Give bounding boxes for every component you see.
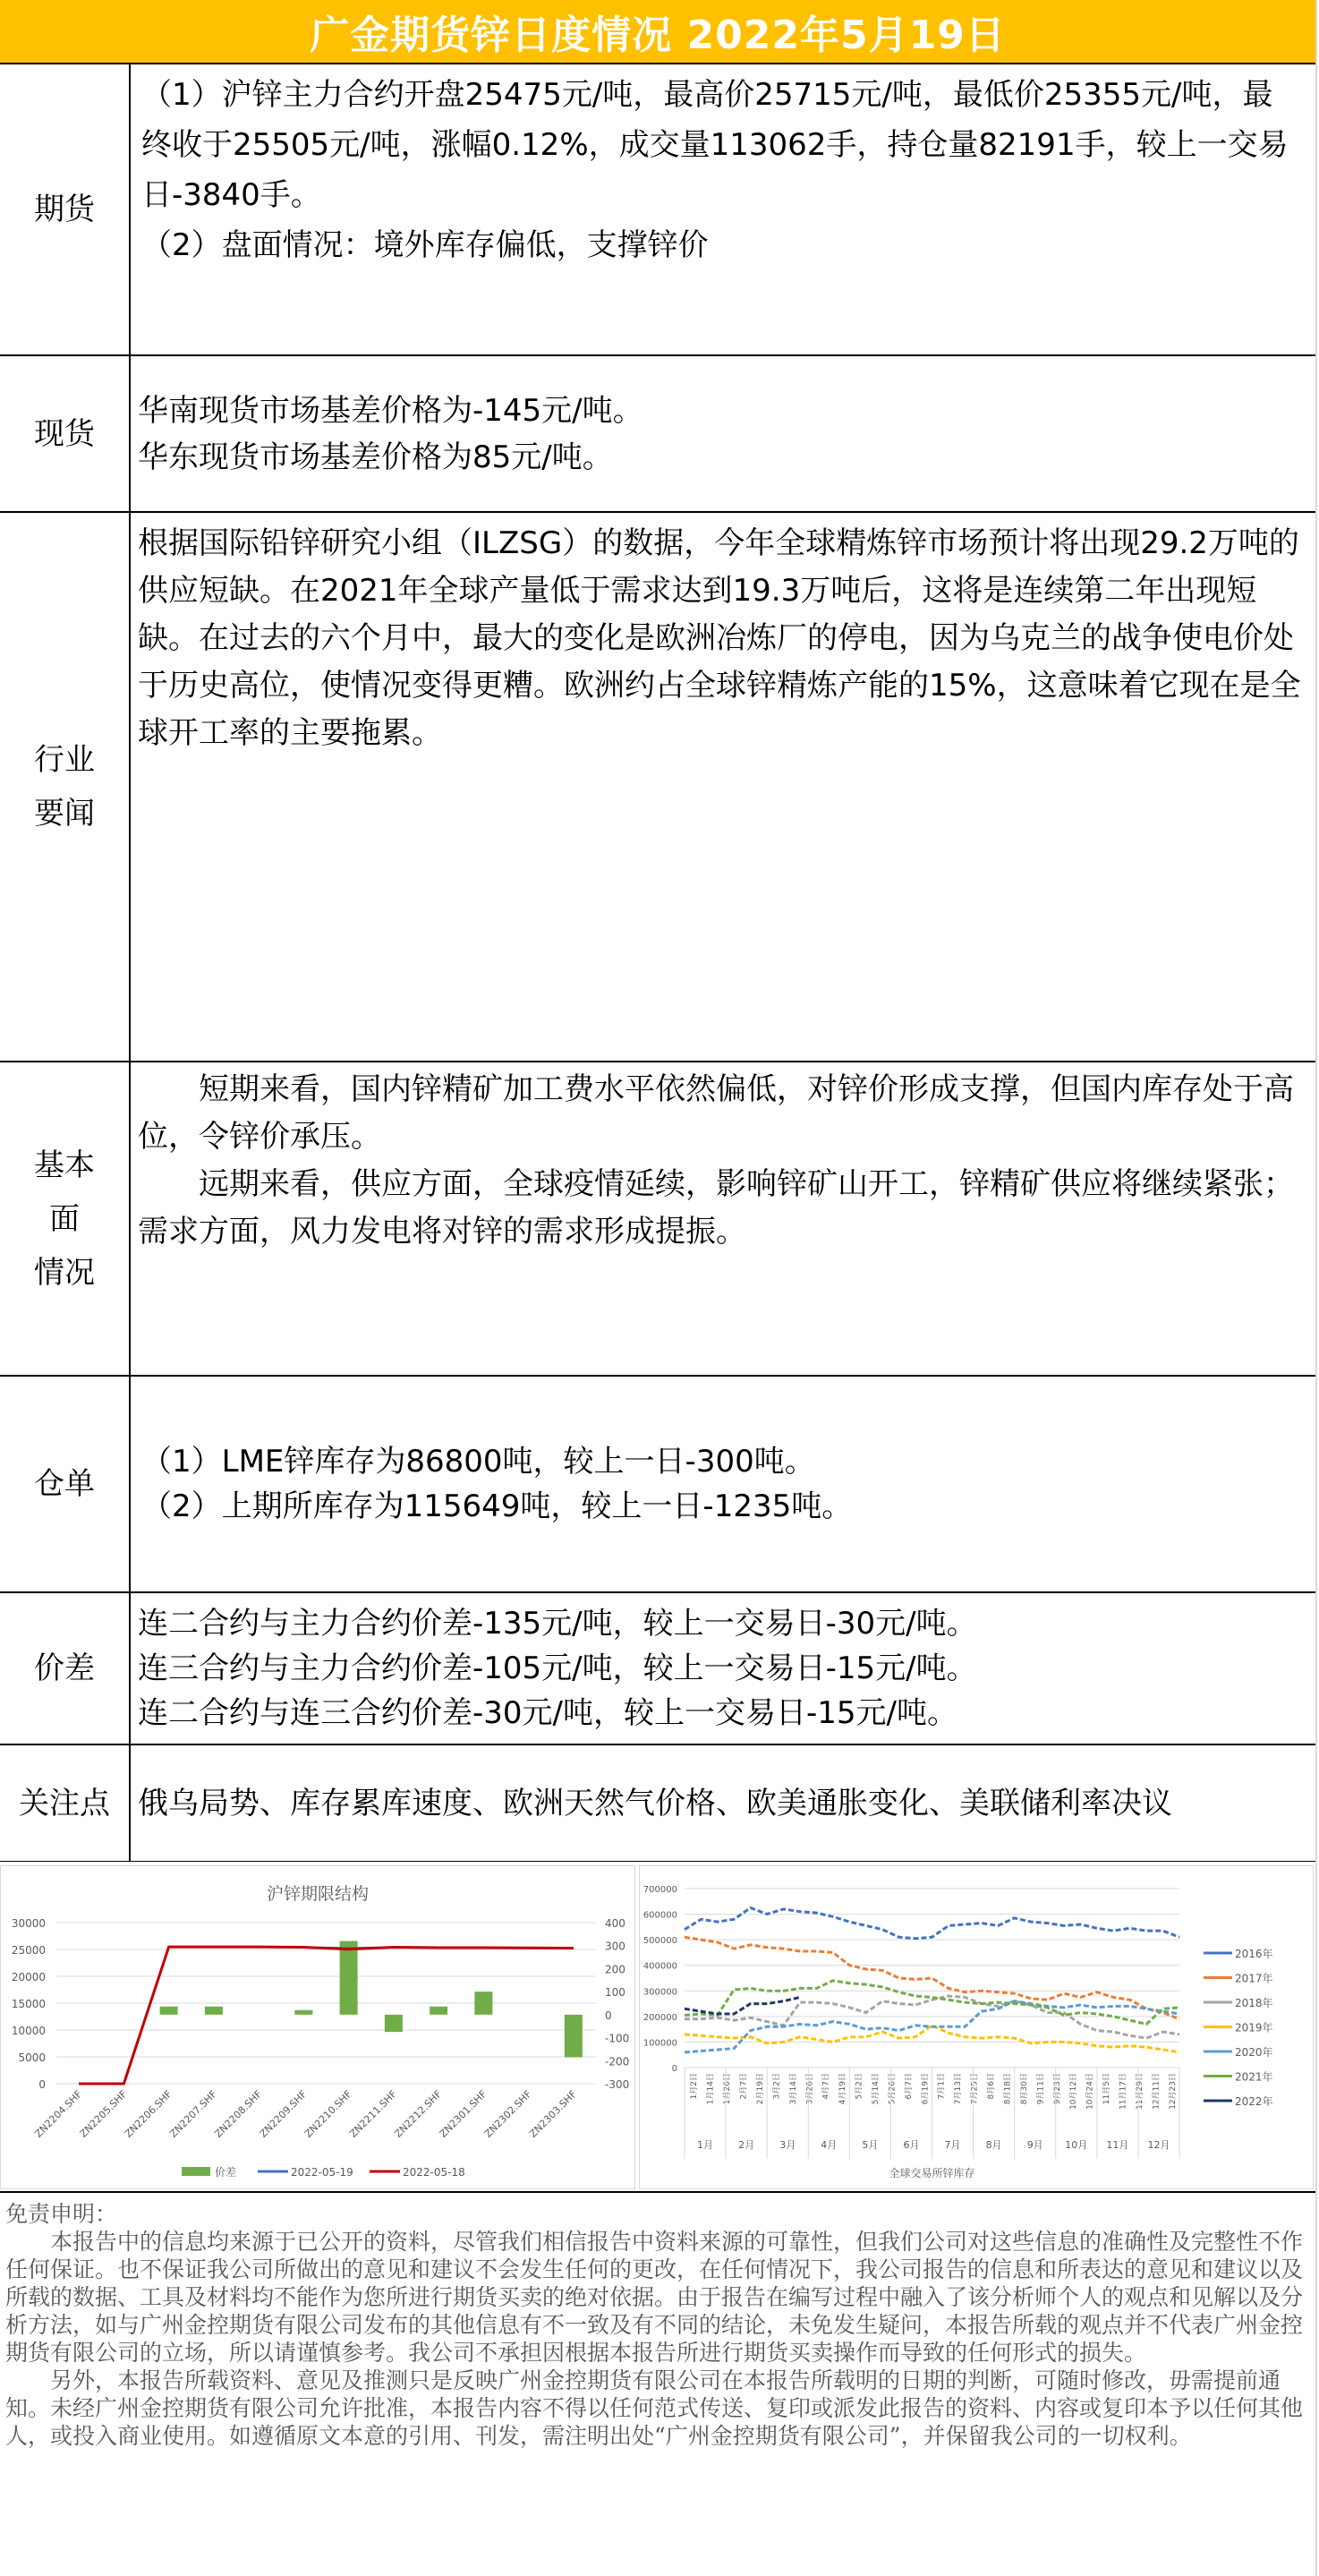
- svg-text:4月7日: 4月7日: [821, 2073, 831, 2099]
- report-page: 广金期货锌日度情况 2022年5月19日 期货 （1）沪锌主力合约开盘25475…: [0, 0, 1317, 2576]
- svg-text:2月19日: 2月19日: [755, 2073, 765, 2104]
- svg-text:30000: 30000: [12, 1917, 46, 1930]
- svg-text:7月25日: 7月25日: [970, 2073, 980, 2104]
- svg-text:25000: 25000: [12, 1944, 46, 1957]
- section-body-spreads: 连二合约与主力合约价差-135元/吨，较上一交易日-30元/吨。 连三合约与主力…: [131, 1593, 1315, 1744]
- svg-text:300: 300: [605, 1941, 625, 1953]
- svg-text:2022-05-19: 2022-05-19: [291, 2166, 353, 2179]
- svg-text:ZN2301.SHF: ZN2301.SHF: [438, 2088, 489, 2140]
- svg-text:11月: 11月: [1106, 2139, 1128, 2151]
- svg-text:2022年: 2022年: [1235, 2094, 1273, 2108]
- svg-text:2020年: 2020年: [1235, 2045, 1273, 2059]
- industry-news-text: 根据国际铅锌研究小组（ILZSG）的数据，今年全球精炼锌市场预计将出现29.2万…: [138, 520, 1301, 757]
- svg-text:2022-05-18: 2022-05-18: [403, 2166, 465, 2179]
- svg-text:价差: 价差: [215, 2165, 236, 2179]
- svg-text:9月23日: 9月23日: [1052, 2073, 1062, 2104]
- svg-text:1月2日: 1月2日: [689, 2073, 699, 2099]
- charts-area: 沪锌期限结构3000025000200001500010000500004003…: [0, 1862, 1315, 2193]
- term-structure-chart-svg: 沪锌期限结构3000025000200001500010000500004003…: [1, 1866, 634, 2188]
- svg-text:ZN2211.SHF: ZN2211.SHF: [347, 2088, 399, 2140]
- svg-text:-300: -300: [605, 2078, 629, 2091]
- svg-text:300000: 300000: [643, 1987, 677, 1997]
- svg-text:9月11日: 9月11日: [1035, 2073, 1045, 2104]
- svg-text:ZN2205.SHF: ZN2205.SHF: [78, 2088, 130, 2140]
- global-inventory-chart: 7000006000005000004000003000002000001000…: [639, 1865, 1314, 2189]
- section-label-spot: 现货: [0, 356, 131, 511]
- spread-line-2: 连三合约与主力合约价差-105元/吨，较上一交易日-15元/吨。: [138, 1646, 1301, 1691]
- spot-line-1: 华南现货市场基差价格为-145元/吨。: [138, 388, 1301, 434]
- svg-text:100000: 100000: [643, 2038, 677, 2048]
- svg-text:ZN2208.SHF: ZN2208.SHF: [212, 2088, 264, 2140]
- svg-text:ZN2210.SHF: ZN2210.SHF: [302, 2088, 354, 2140]
- svg-text:2月: 2月: [738, 2139, 754, 2151]
- futures-line-2: （2）盘面情况：境外库存偏低，支撑锌价: [138, 220, 1301, 270]
- futures-line-1: （1）沪锌主力合约开盘25475元/吨，最高价25715元/吨，最低价25355…: [138, 70, 1301, 220]
- svg-text:5月26日: 5月26日: [887, 2073, 897, 2104]
- svg-text:10月12日: 10月12日: [1068, 2073, 1078, 2110]
- section-focus-points: 关注点 俄乌局势、库存累库速度、欧洲天然气价格、欧美通胀变化、美联储利率决议: [0, 1745, 1315, 1863]
- svg-text:400000: 400000: [643, 1962, 677, 1972]
- svg-text:8月18日: 8月18日: [1002, 2073, 1012, 2104]
- svg-text:10月: 10月: [1065, 2139, 1087, 2151]
- svg-text:7月: 7月: [945, 2139, 961, 2151]
- svg-text:2016年: 2016年: [1235, 1947, 1273, 1960]
- svg-text:ZN2212.SHF: ZN2212.SHF: [392, 2088, 444, 2140]
- svg-text:2021年: 2021年: [1235, 2070, 1273, 2084]
- svg-text:200: 200: [605, 1963, 625, 1975]
- svg-text:100: 100: [605, 1986, 625, 1999]
- section-body-futures: （1）沪锌主力合约开盘25475元/吨，最高价25715元/吨，最低价25355…: [131, 64, 1315, 354]
- svg-text:5月14日: 5月14日: [871, 2073, 881, 2104]
- focus-points-text: 俄乌局势、库存累库速度、欧洲天然气价格、欧美通胀变化、美联储利率决议: [138, 1781, 1301, 1826]
- disclaimer-title: 免责申明：: [5, 2200, 1310, 2228]
- disclaimer: 免责申明： 本报告中的信息均来源于已公开的资料，尽管我们相信报告中资料来源的可靠…: [0, 2193, 1315, 2576]
- fundamentals-long-term: 远期来看，供应方面，全球疫情延续，影响锌矿山开工，锌精矿供应将继续紧张；需求方面…: [138, 1161, 1301, 1256]
- svg-text:7月1日: 7月1日: [937, 2073, 947, 2099]
- svg-text:3月14日: 3月14日: [788, 2073, 798, 2104]
- svg-text:500000: 500000: [643, 1936, 677, 1946]
- term-structure-chart: 沪锌期限结构3000025000200001500010000500004003…: [0, 1865, 635, 2189]
- svg-text:6月: 6月: [903, 2139, 919, 2151]
- section-body-spot: 华南现货市场基差价格为-145元/吨。 华东现货市场基差价格为85元/吨。: [131, 356, 1315, 511]
- svg-text:11月29日: 11月29日: [1135, 2073, 1145, 2110]
- chart-xlabel: 全球交易所锌库存: [889, 2166, 974, 2179]
- svg-text:ZN2207.SHF: ZN2207.SHF: [167, 2088, 219, 2140]
- svg-text:12月11日: 12月11日: [1151, 2073, 1161, 2110]
- svg-text:4月19日: 4月19日: [838, 2073, 847, 2104]
- svg-text:1月14日: 1月14日: [706, 2073, 716, 2104]
- chart-title: 沪锌期限结构: [267, 1884, 369, 1904]
- section-fundamentals: 基本 面 情况 短期来看，国内锌精矿加工费水平依然偏低，对锌价形成支撑，但国内库…: [0, 1062, 1315, 1377]
- svg-text:6月7日: 6月7日: [904, 2073, 914, 2099]
- section-body-industry-news: 根据国际铅锌研究小组（ILZSG）的数据，今年全球精炼锌市场预计将出现29.2万…: [131, 513, 1315, 1061]
- spread-line-1: 连二合约与主力合约价差-135元/吨，较上一交易日-30元/吨。: [138, 1601, 1301, 1646]
- fundamentals-short-term: 短期来看，国内锌精矿加工费水平依然偏低，对锌价形成支撑，但国内库存处于高位，令锌…: [138, 1066, 1301, 1161]
- section-body-warehouse-receipts: （1）LME锌库存为86800吨，较上一日-300吨。 （2）上期所库存为115…: [131, 1377, 1315, 1591]
- svg-text:10月24日: 10月24日: [1085, 2073, 1095, 2110]
- svg-text:-200: -200: [605, 2055, 629, 2068]
- svg-text:5月2日: 5月2日: [855, 2073, 864, 2099]
- svg-text:6月19日: 6月19日: [920, 2073, 930, 2104]
- svg-text:ZN2206.SHF: ZN2206.SHF: [123, 2088, 174, 2140]
- section-label-industry-news: 行业 要闻: [0, 513, 131, 1061]
- svg-text:ZN2303.SHF: ZN2303.SHF: [527, 2088, 579, 2140]
- svg-text:2017年: 2017年: [1235, 1972, 1273, 1985]
- svg-text:ZN2209.SHF: ZN2209.SHF: [258, 2088, 310, 2140]
- svg-text:5000: 5000: [18, 2051, 46, 2064]
- svg-text:0: 0: [672, 2064, 677, 2074]
- section-futures: 期货 （1）沪锌主力合约开盘25475元/吨，最高价25715元/吨，最低价25…: [0, 64, 1315, 356]
- svg-text:4月: 4月: [821, 2139, 837, 2151]
- spread-line-3: 连二合约与连三合约价差-30元/吨，较上一交易日-15元/吨。: [138, 1691, 1301, 1736]
- section-industry-news: 行业 要闻 根据国际铅锌研究小组（ILZSG）的数据，今年全球精炼锌市场预计将出…: [0, 513, 1315, 1062]
- section-warehouse-receipts: 仓单 （1）LME锌库存为86800吨，较上一日-300吨。 （2）上期所库存为…: [0, 1377, 1315, 1593]
- svg-text:15000: 15000: [12, 1998, 46, 2010]
- svg-text:11月17日: 11月17日: [1118, 2073, 1128, 2110]
- svg-text:3月2日: 3月2日: [771, 2073, 781, 2099]
- svg-text:400: 400: [605, 1917, 625, 1930]
- svg-text:12月23日: 12月23日: [1168, 2073, 1178, 2110]
- svg-text:0: 0: [605, 2009, 612, 2022]
- section-body-fundamentals: 短期来看，国内锌精矿加工费水平依然偏低，对锌价形成支撑，但国内库存处于高位，令锌…: [131, 1062, 1315, 1375]
- svg-text:2月7日: 2月7日: [739, 2073, 749, 2099]
- svg-text:10000: 10000: [12, 2025, 46, 2037]
- report-title: 广金期货锌日度情况 2022年5月19日: [310, 3, 1006, 60]
- warehouse-lme: （1）LME锌库存为86800吨，较上一日-300吨。: [141, 1439, 1301, 1484]
- svg-text:2019年: 2019年: [1235, 2021, 1273, 2034]
- section-body-focus-points: 俄乌局势、库存累库速度、欧洲天然气价格、欧美通胀变化、美联储利率决议: [131, 1745, 1315, 1861]
- svg-text:3月26日: 3月26日: [804, 2073, 814, 2104]
- section-label-fundamentals: 基本 面 情况: [0, 1062, 131, 1375]
- svg-text:12月: 12月: [1147, 2139, 1170, 2151]
- svg-text:5月: 5月: [862, 2139, 878, 2151]
- disclaimer-paragraph-2: 另外，本报告所载资料、意见及推测只是反映广州金控期货有限公司在本报告所载明的日期…: [5, 2367, 1310, 2450]
- svg-text:ZN2204.SHF: ZN2204.SHF: [32, 2088, 84, 2140]
- svg-text:2018年: 2018年: [1235, 1996, 1273, 2009]
- svg-text:9月: 9月: [1027, 2139, 1043, 2151]
- report-header: 广金期货锌日度情况 2022年5月19日: [0, 0, 1315, 64]
- svg-text:200000: 200000: [643, 2013, 677, 2023]
- spot-line-2: 华东现货市场基差价格为85元/吨。: [138, 434, 1301, 481]
- svg-text:ZN2302.SHF: ZN2302.SHF: [482, 2088, 534, 2140]
- section-spreads: 价差 连二合约与主力合约价差-135元/吨，较上一交易日-30元/吨。 连三合约…: [0, 1593, 1315, 1745]
- section-spot: 现货 华南现货市场基差价格为-145元/吨。 华东现货市场基差价格为85元/吨。: [0, 356, 1315, 513]
- svg-text:1月26日: 1月26日: [722, 2073, 732, 2104]
- svg-text:8月6日: 8月6日: [986, 2073, 996, 2099]
- section-label-warehouse-receipts: 仓单: [0, 1377, 131, 1591]
- warehouse-shfe: （2）上期所库存为115649吨，较上一日-1235吨。: [141, 1484, 1301, 1529]
- section-label-spreads: 价差: [0, 1593, 131, 1744]
- global-inventory-chart-svg: 7000006000005000004000003000002000001000…: [640, 1866, 1313, 2188]
- disclaimer-paragraph-1: 本报告中的信息均来源于已公开的资料，尽管我们相信报告中资料来源的可靠性，但我们公…: [5, 2228, 1310, 2367]
- svg-text:8月: 8月: [986, 2139, 1002, 2151]
- section-label-futures: 期货: [0, 64, 131, 354]
- svg-text:7月13日: 7月13日: [953, 2073, 963, 2104]
- svg-text:8月30日: 8月30日: [1019, 2073, 1029, 2104]
- svg-text:0: 0: [38, 2078, 46, 2091]
- svg-text:20000: 20000: [12, 1971, 46, 1983]
- svg-text:3月: 3月: [779, 2139, 796, 2151]
- svg-text:11月5日: 11月5日: [1102, 2073, 1111, 2104]
- svg-text:600000: 600000: [643, 1911, 677, 1921]
- svg-text:-100: -100: [605, 2033, 629, 2045]
- svg-text:700000: 700000: [643, 1885, 677, 1895]
- svg-text:1月: 1月: [697, 2139, 713, 2151]
- section-label-focus-points: 关注点: [0, 1745, 131, 1861]
